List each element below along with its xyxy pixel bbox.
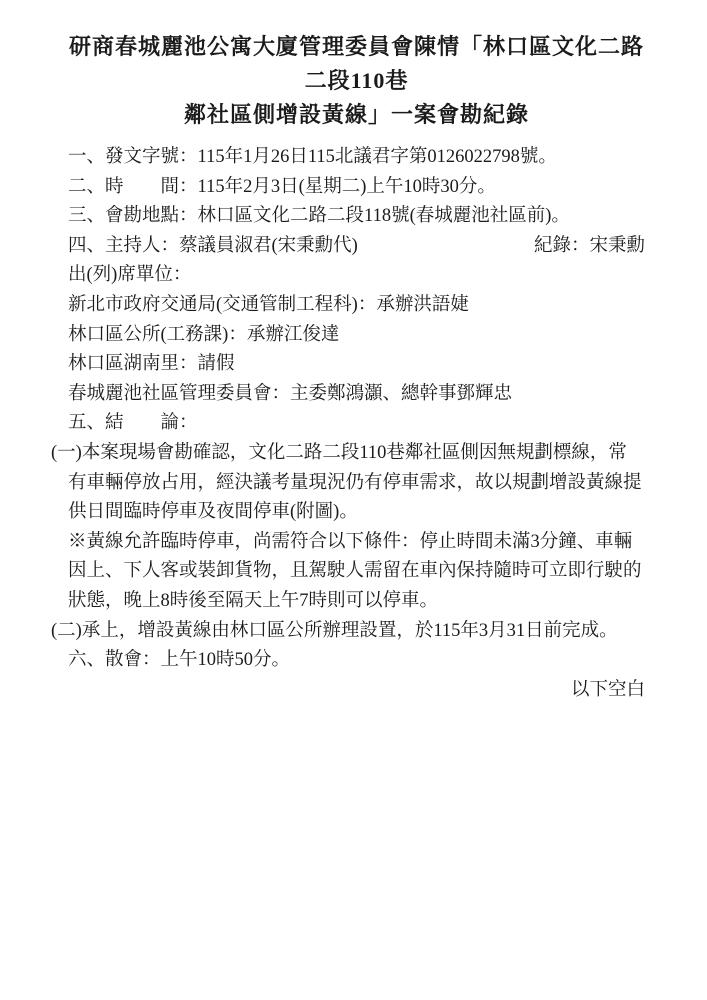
attendee-line: 林口區公所(工務課)：承辦江俊達 <box>68 321 645 351</box>
host-recorder-line: 四、主持人：蔡議員淑君(宋秉勳代) 紀錄：宋秉勳 <box>68 232 645 262</box>
attendees-heading: 出(列)席單位： <box>68 261 645 291</box>
conclusion-item-2-text: 承上，增設黃線由林口區公所辦理設置，於115年3月31日前完成。 <box>82 621 618 641</box>
attendee-line: 春城麗池社區管理委員會：主委鄭鴻灝、總幹事鄧輝忠 <box>68 380 645 410</box>
yellow-line-note: ※黃線允許臨時停車，尚需符合以下條件：停止時間未滿3分鐘、車輛因上、下人客或裝卸… <box>68 528 645 617</box>
document-page: 研商春城麗池公寓大廈管理委員會陳情「林口區文化二路二段110巷 鄰社區側增設黃線… <box>0 0 707 1000</box>
document-title-line1: 研商春城麗池公寓大廈管理委員會陳情「林口區文化二路二段110巷 <box>58 30 655 98</box>
conclusion-item-1-prefix: (一) <box>51 443 82 463</box>
adjournment-line: 六、散會：上午10時50分。 <box>68 646 645 676</box>
document-title-line2: 鄰社區側增設黃線」一案會勘紀錄 <box>58 98 655 132</box>
meeting-location-line: 三、會勘地點：林口區文化二路二段118號(春城麗池社區前)。 <box>68 202 645 232</box>
conclusion-heading: 五、結 論： <box>68 409 645 439</box>
attendee-line: 新北市政府交通局(交通管制工程科)：承辦洪語婕 <box>68 291 645 321</box>
meeting-time-line: 二、時 間：115年2月3日(星期二)上午10時30分。 <box>68 173 645 203</box>
document-title: 研商春城麗池公寓大廈管理委員會陳情「林口區文化二路二段110巷 鄰社區側增設黃線… <box>58 30 655 132</box>
host-label: 四、主持人：蔡議員淑君(宋秉勳代) <box>68 232 358 262</box>
blank-below-marker: 以下空白 <box>68 676 645 706</box>
document-body: 一、發文字號：115年1月26日115北議君字第0126022798號。 二、時… <box>68 143 645 705</box>
conclusion-item-1-text: 本案現場會勘確認，文化二路二段110巷鄰社區側因無規劃標線，常有車輛停放占用，經… <box>68 443 642 522</box>
attendee-line: 林口區湖南里：請假 <box>68 350 645 380</box>
conclusion-item-2: (二)承上，增設黃線由林口區公所辦理設置，於115年3月31日前完成。 <box>68 617 645 647</box>
conclusion-item-1: (一)本案現場會勘確認，文化二路二段110巷鄰社區側因無規劃標線，常有車輛停放占… <box>68 439 645 528</box>
recorder-label: 紀錄：宋秉勳 <box>534 232 645 262</box>
doc-number-line: 一、發文字號：115年1月26日115北議君字第0126022798號。 <box>68 143 645 173</box>
conclusion-item-2-prefix: (二) <box>51 621 82 641</box>
